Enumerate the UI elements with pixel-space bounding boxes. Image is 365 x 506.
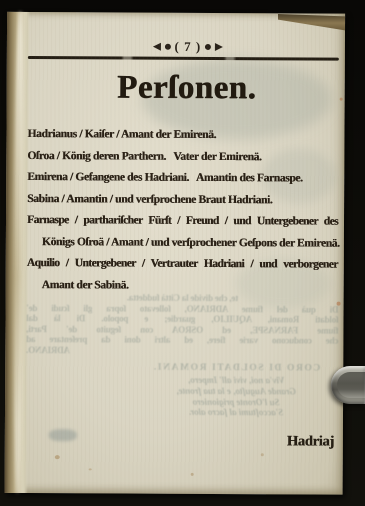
cast-entry: Oſroa / König deren Parthern. Vater der …: [27, 146, 338, 169]
cast-entry: Hadrianus / Kaiſer / Amant der Emirenä.: [27, 124, 338, 147]
foxing-spot: [89, 468, 92, 470]
cast-entry: Emirena / Gefangene des Hadriani. Amanti…: [27, 167, 338, 190]
photo-frame: ( 7 ) Perſonen. Hadrianus / Kaiſer / Ama…: [0, 0, 365, 506]
page-holder-clip-icon: [331, 366, 365, 404]
showthrough-line: ADRIANO.: [26, 345, 338, 357]
cast-entry-continuation: Königs Oſroä / Amant / und verſprochener…: [27, 232, 338, 255]
cast-list: Hadrianus / Kaiſer / Amant der Emirenä. …: [27, 124, 339, 298]
ornament-dot-icon: [205, 44, 211, 50]
cast-entry: Sabina / Amantin / und verſprochene Brau…: [27, 189, 338, 212]
leaf-ornament-right-icon: [215, 43, 223, 51]
verso-showthrough-chorus: CORO DI SOLDATI ROMANI. Viv'a noi, vivi …: [133, 362, 339, 419]
foxing-spot: [261, 453, 264, 456]
foxing-spot: [55, 455, 60, 459]
foxing-spot: [191, 473, 194, 476]
signature-smudge: [49, 429, 77, 441]
leaf-ornament-left-icon: [153, 43, 161, 51]
book-page: ( 7 ) Perſonen. Hadrianus / Kaiſer / Ama…: [5, 12, 346, 495]
verso-showthrough-scene: te, che divide la Città ſuddetta. Di quà…: [26, 292, 338, 357]
header-rule: [28, 56, 339, 61]
showthrough-line: che conducono varie fiere, ed altri doni…: [26, 334, 338, 346]
page-number: ( 7 ): [175, 39, 202, 55]
cast-entry: Farnaspe / parthariſcher Fürſt / Freund …: [27, 210, 338, 233]
page-title: Perſonen.: [7, 69, 345, 108]
showthrough-chorus-heading: CORO DI SOLDATI ROMANI.: [133, 362, 339, 376]
page-header: ( 7 ): [7, 38, 345, 56]
ornament-dot-icon: [165, 44, 171, 50]
showthrough-line: S'accoſtumi al ſacro alor.: [133, 407, 339, 419]
cast-entry: Aquilio / Untergebener / Vertrauter Hadr…: [27, 253, 338, 276]
catchword: Hadriaj: [287, 433, 334, 450]
